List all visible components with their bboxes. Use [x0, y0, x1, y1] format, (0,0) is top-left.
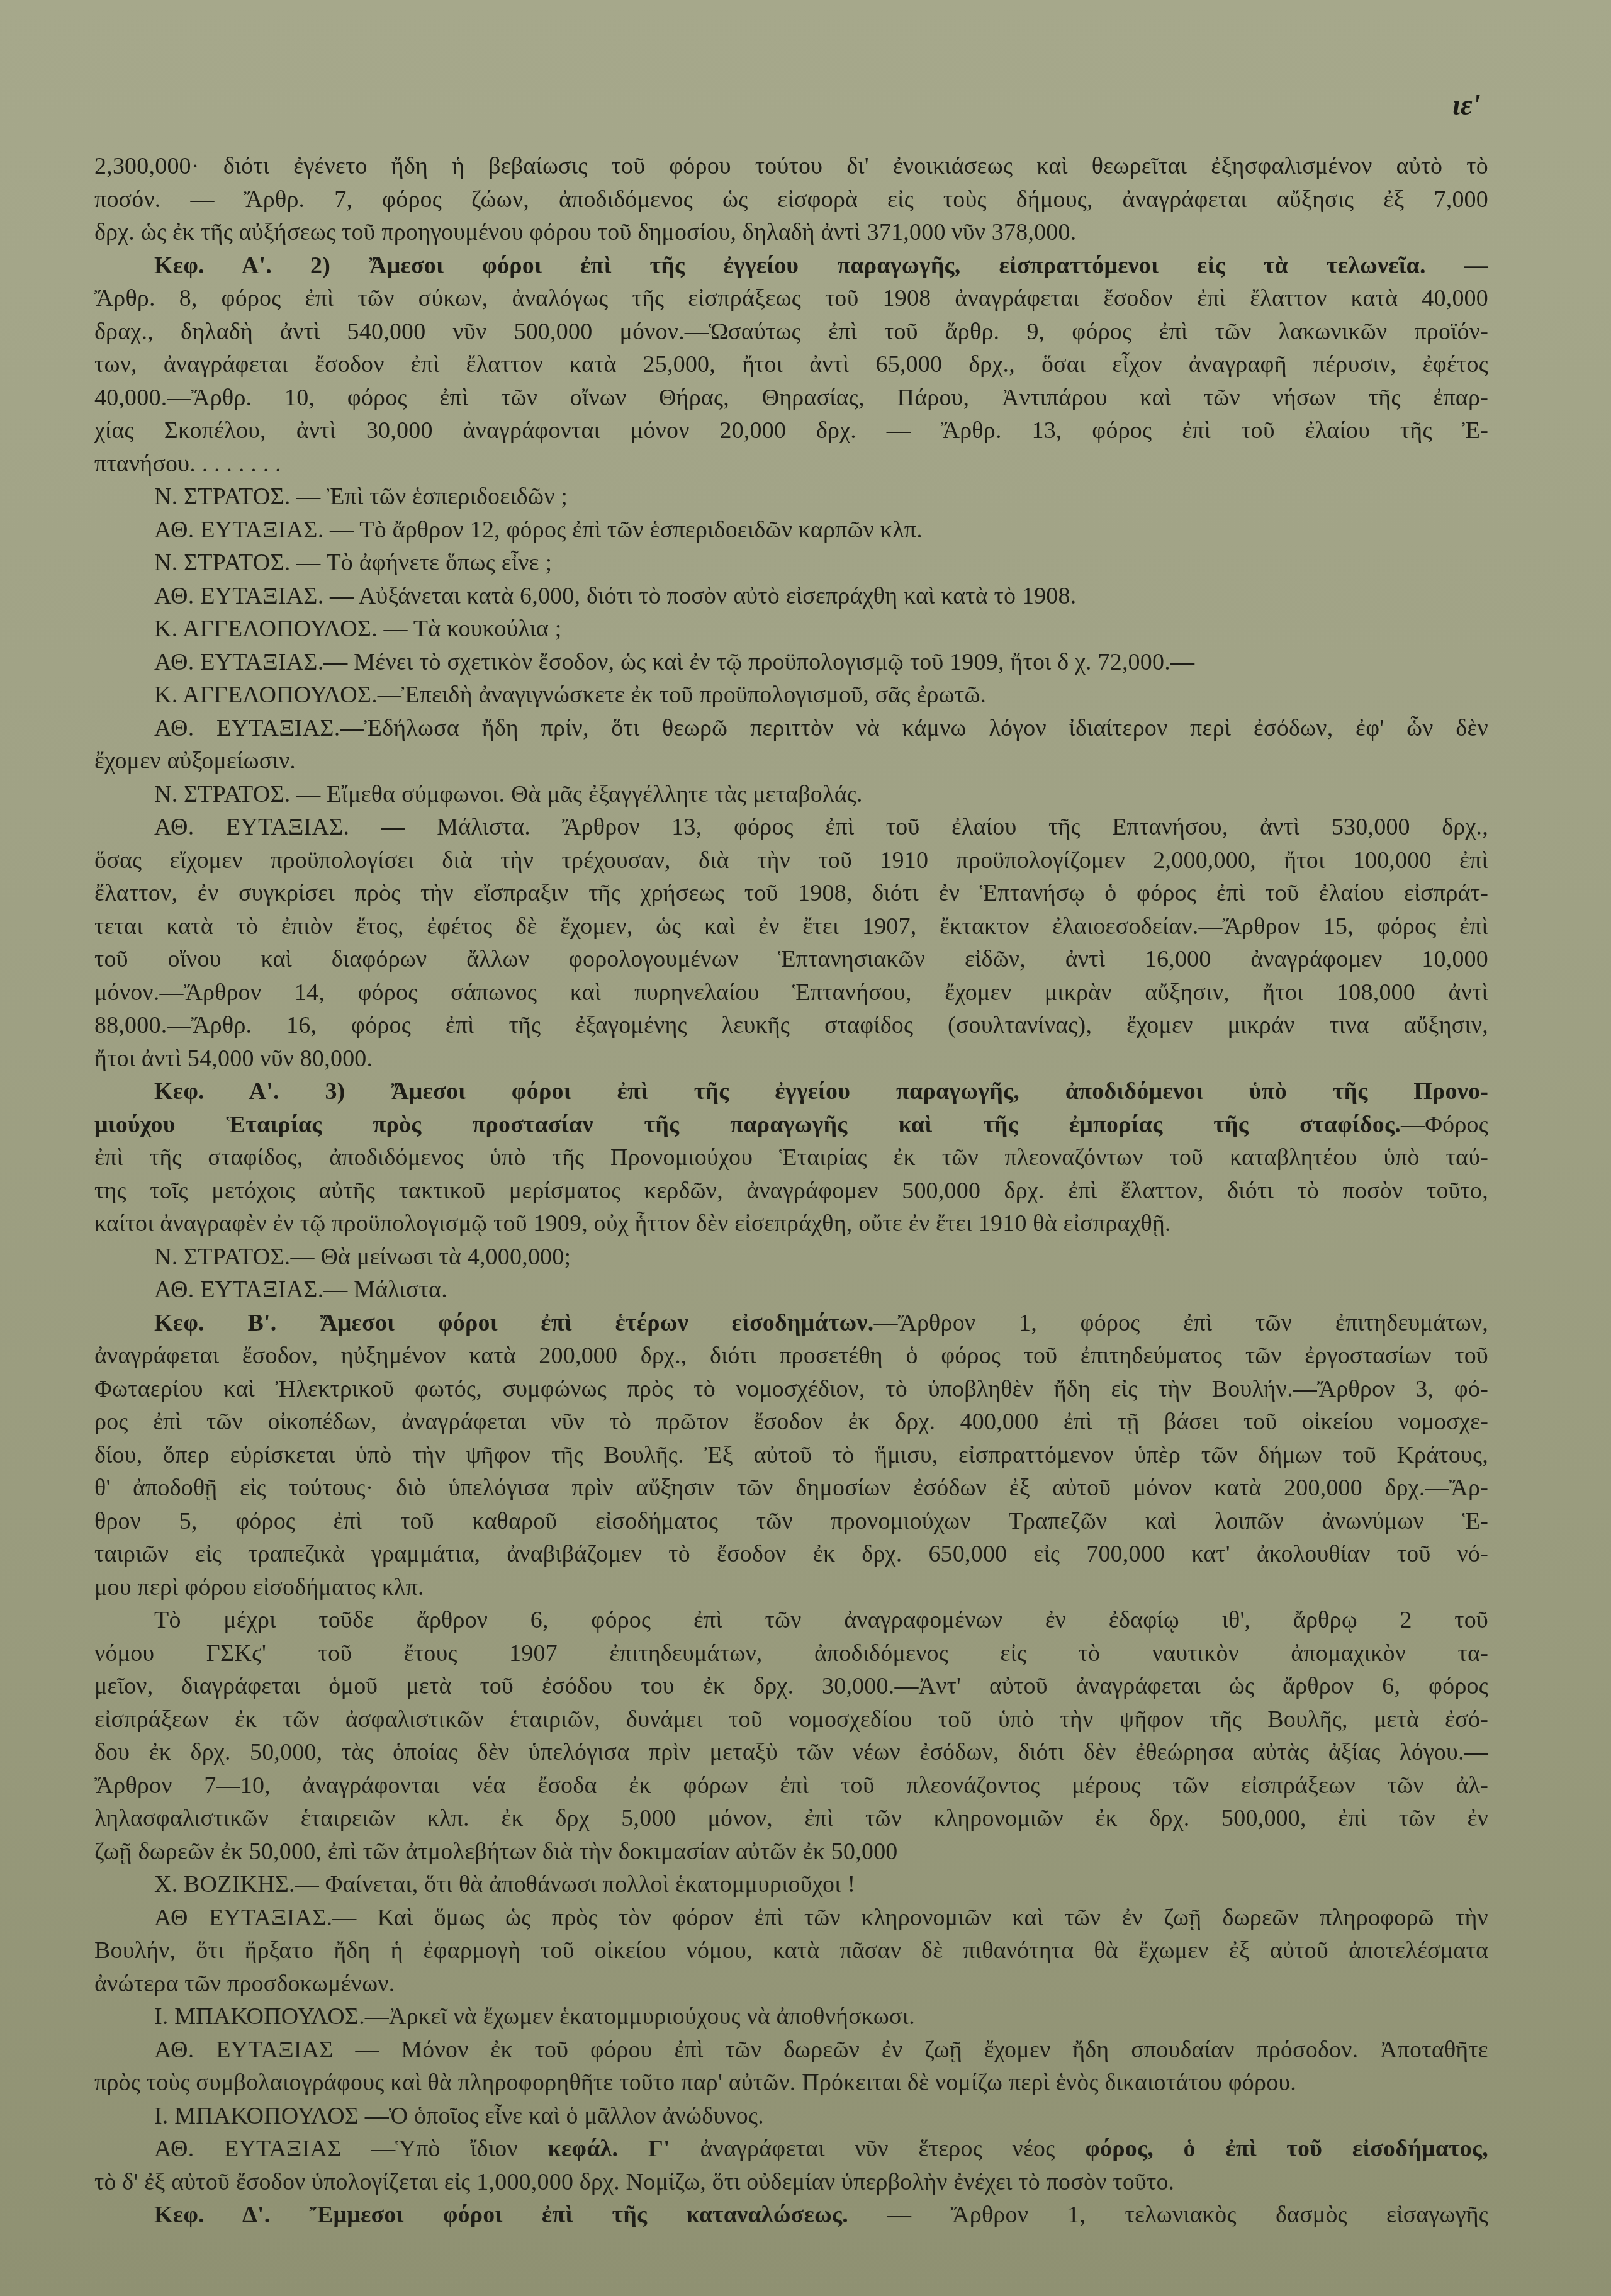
line-text: θρον 5, φόρος ἐπὶ τοῦ καθαροῦ εἰσοδήματο… — [94, 1508, 1488, 1534]
text-line: τοῦ οἴνου καὶ διαφόρων ἄλλων φορολογουμέ… — [94, 943, 1488, 976]
text-line: Ν. ΣΤΡΑΤΟΣ. — Εἴμεθα σύμφωνοι. Θὰ μᾶς ἐξ… — [94, 778, 1488, 811]
text-line: ἔλαττον, ἐν συγκρίσει πρὸς τὴν εἴσπραξιν… — [94, 877, 1488, 910]
text-line: των, ἀναγράφεται ἔσοδον ἐπὶ ἔλαττον κατὰ… — [94, 348, 1488, 381]
page-number: ιε' — [1452, 88, 1480, 121]
line-text: Ν. ΣΤΡΑΤΟΣ. — Εἴμεθα σύμφωνοι. Θὰ μᾶς ἐξ… — [154, 781, 863, 808]
text-line: δρχ. ὡς ἐκ τῆς αὐξήσεως τοῦ προηγουμένου… — [94, 216, 1488, 249]
text-line: Φωταερίου καὶ Ἠλεκτρικοῦ φωτός, συμφώνως… — [94, 1373, 1488, 1406]
line-text: Χ. ΒΟΖΙΚΗΣ.— Φαίνεται, ὅτι θὰ ἀποθάνωσι … — [154, 1871, 855, 1898]
line-text: Ι. ΜΠΑΚΟΠΟΥΛΟΣ —Ὁ ὁποῖος εἶνε καὶ ὁ μᾶλλ… — [154, 2103, 764, 2129]
section-heading-line: μιούχου Ἑταιρίας πρὸς προστασίαν τῆς παρ… — [94, 1108, 1488, 1142]
text-line: Κ. ΑΓΓΕΛΟΠΟΥΛΟΣ.—Ἐπειδὴ ἀναγιγνώσκετε ἐκ… — [94, 678, 1488, 712]
line-text: Κ. ΑΓΓΕΛΟΠΟΥΛΟΣ. — Τὰ κουκούλια ; — [154, 616, 562, 642]
line-text: τὸ δ' ἐξ αὐτοῦ ἔσοδον ὑπολογίζεται εἰς 1… — [94, 2169, 1174, 2195]
text-line: θ' ἀποδοθῇ εἰς τούτους· διὸ ὑπελόγισα πρ… — [94, 1472, 1488, 1505]
text-line: Ν. ΣΤΡΑΤΟΣ. — Τὸ ἀφήνετε ὅπως εἶνε ; — [94, 546, 1488, 580]
line-text: 88,000.—Ἄρθρ. 16, φόρος ἐπὶ τῆς ἐξαγομέν… — [94, 1012, 1488, 1038]
line-text: 2,300,000· διότι ἐγένετο ἤδη ἡ βεβαίωσις… — [94, 153, 1488, 179]
line-text: Ἄρθρ. 8, φόρος ἐπὶ τῶν σύκων, ἀναλόγως τ… — [94, 285, 1488, 312]
text-line: χίας Σκοπέλου, ἀντὶ 30,000 ἀναγράφονται … — [94, 414, 1488, 447]
text-line: Χ. ΒΟΖΙΚΗΣ.— Φαίνεται, ὅτι θὰ ἀποθάνωσι … — [94, 1868, 1488, 1901]
line-text: ΑΘ. ΕΥΤΑΞΙΑΣ. — Αὐξάνεται κατὰ 6,000, δι… — [154, 583, 1076, 609]
line-text: ΑΘ. ΕΥΤΑΞΙΑΣ. — Τὸ ἄρθρον 12, φόρος ἐπὶ … — [154, 517, 923, 543]
text-line: πτανήσου. . . . . . . . — [94, 447, 1488, 481]
line-text: ἀναγράφεται ἔσοδον, ηὐξημένον κατὰ 200,0… — [94, 1342, 1488, 1369]
bold-heading-text: κεφάλ. Γ' — [548, 2136, 670, 2162]
text-line: ἤτοι ἀντὶ 54,000 νῦν 80,000. — [94, 1042, 1488, 1076]
section-heading-line: Κεφ. Β'. Ἄμεσοι φόροι ἐπὶ ἑτέρων εἰσοδημ… — [94, 1307, 1488, 1340]
line-text: τεται κατὰ τὸ ἐπιὸν ἔτος, ἐφέτος δὲ ἔχομ… — [94, 913, 1488, 940]
line-text: Ν. ΣΤΡΑΤΟΣ.— Θὰ μείνωσι τὰ 4,000,000; — [154, 1244, 571, 1270]
line-text: — Ἄρθρον 1, τελωνιακὸς δασμὸς εἰσαγωγῆς — [848, 2202, 1488, 2228]
bold-heading-text: Κεφ. Δ'. Ἔμμεσοι φόροι ἐπὶ τῆς καταναλώσ… — [154, 2202, 848, 2228]
bold-heading-text: μιούχου Ἑταιρίας πρὸς προστασίαν τῆς παρ… — [94, 1111, 1401, 1138]
text-line: Ἄρθρον 7—10, ἀναγράφονται νέα ἔσοδα ἐκ φ… — [94, 1769, 1488, 1803]
text-line: Ἄρθρ. 8, φόρος ἐπὶ τῶν σύκων, ἀναλόγως τ… — [94, 282, 1488, 315]
text-line: ΑΘ. ΕΥΤΑΞΙΑΣ — Μόνον ἐκ τοῦ φόρου ἐπὶ τῶ… — [94, 2034, 1488, 2067]
text-line: ἔχομεν αὐξομείωσιν. — [94, 745, 1488, 778]
line-text: Βουλήν, ὅτι ἤρξατο ἤδη ἡ ἐφαρμογὴ τοῦ οἰ… — [94, 1937, 1488, 1964]
text-line: ΑΘ. ΕΥΤΑΞΙΑΣ.— Μάλιστα. — [94, 1273, 1488, 1307]
line-text: ΑΘ. ΕΥΤΑΞΙΑΣ.— Μένει τὸ σχετικὸν ἔσοδον,… — [154, 649, 1194, 675]
document-body: 2,300,000· διότι ἐγένετο ἤδη ἡ βεβαίωσις… — [94, 150, 1488, 2232]
line-text: ἤτοι ἀντὶ 54,000 νῦν 80,000. — [94, 1045, 373, 1072]
section-heading-line: ΑΘ. ΕΥΤΑΞΙΑΣ —Ὑπὸ ἴδιον κεφάλ. Γ' ἀναγρά… — [94, 2132, 1488, 2166]
line-text: καίτοι ἀναγραφὲν ἐν τῷ προϋπολογισμῷ τοῦ… — [94, 1210, 1171, 1237]
text-line: δραχ., δηλαδὴ ἀντὶ 540,000 νῦν 500,000 μ… — [94, 315, 1488, 349]
line-text: πρὸς τοὺς συμβολαιογράφους καὶ θὰ πληροφ… — [94, 2069, 1296, 2096]
line-text: ποσόν. — Ἄρθρ. 7, φόρος ζώων, ἀποδιδόμεν… — [94, 186, 1488, 213]
text-line: δίου, ὅπερ εὑρίσκεται ὑπὸ τὴν ψῆφον τῆς … — [94, 1439, 1488, 1472]
line-text: ὅσας εἴχομεν προϋπολογίσει διὰ τὴν τρέχο… — [94, 847, 1488, 874]
line-text: Κ. ΑΓΓΕΛΟΠΟΥΛΟΣ.—Ἐπειδὴ ἀναγιγνώσκετε ἐκ… — [154, 682, 986, 708]
line-text: Φωταερίου καὶ Ἠλεκτρικοῦ φωτός, συμφώνως… — [94, 1376, 1488, 1402]
text-line: πρὸς τοὺς συμβολαιογράφους καὶ θὰ πληροφ… — [94, 2066, 1488, 2100]
text-line: ΑΘ. ΕΥΤΑΞΙΑΣ.—Ἐδήλωσα ἤδη πρίν, ὅτι θεωρ… — [94, 712, 1488, 745]
section-heading-line: Κεφ. Α'. 2) Ἄμεσοι φόροι ἐπὶ τῆς ἐγγείου… — [94, 249, 1488, 283]
text-line: ἀνώτερα τῶν προσδοκωμένων. — [94, 1967, 1488, 2001]
line-text: 40,000.—Ἄρθρ. 10, φόρος ἐπὶ τῶν οἴνων Θή… — [94, 385, 1488, 411]
line-text: Ν. ΣΤΡΑΤΟΣ. — Ἐπὶ τῶν ἑσπεριδοειδῶν ; — [154, 483, 568, 510]
line-text: δου ἐκ δρχ. 50,000, τὰς ὁποίας δὲν ὑπελό… — [94, 1739, 1488, 1765]
line-text: μεῖον, διαγράφεται ὁμοῦ μετὰ τοῦ ἐσόδου … — [94, 1673, 1488, 1699]
line-text: ἀναγράφεται νῦν ἕτερος νέος — [670, 2136, 1085, 2162]
text-line: εἰσπράξεων ἐκ τῶν ἀσφαλιστικῶν ἑταιριῶν,… — [94, 1703, 1488, 1736]
text-line: 2,300,000· διότι ἐγένετο ἤδη ἡ βεβαίωσις… — [94, 150, 1488, 183]
text-line: ληλασφαλιστικῶν ἑταιρειῶν κλπ. ἐκ δρχ 5,… — [94, 1802, 1488, 1835]
text-line: μόνον.—Ἄρθρον 14, φόρος σάπωνος καὶ πυρη… — [94, 976, 1488, 1010]
text-line: Ν. ΣΤΡΑΤΟΣ. — Ἐπὶ τῶν ἑσπεριδοειδῶν ; — [94, 480, 1488, 514]
text-line: μου περὶ φόρου εἰσοδήματος κλπ. — [94, 1571, 1488, 1604]
section-heading-line: Κεφ. Α'. 3) Ἄμεσοι φόροι ἐπὶ τῆς ἐγγείου… — [94, 1075, 1488, 1108]
text-line: ΑΘ. ΕΥΤΑΞΙΑΣ. — Μάλιστα. Ἄρθρον 13, φόρο… — [94, 811, 1488, 844]
text-line: ὅσας εἴχομεν προϋπολογίσει διὰ τὴν τρέχο… — [94, 844, 1488, 877]
line-text: μόνον.—Ἄρθρον 14, φόρος σάπωνος καὶ πυρη… — [94, 979, 1488, 1006]
bold-heading-text: Κεφ. Β'. Ἄμεσοι φόροι ἐπὶ ἑτέρων εἰσοδημ… — [154, 1310, 873, 1336]
line-text: ΑΘ. ΕΥΤΑΞΙΑΣ — Μόνον ἐκ τοῦ φόρου ἐπὶ τῶ… — [154, 2037, 1488, 2063]
text-line: ΑΘ ΕΥΤΑΞΙΑΣ.— Καὶ ὅμως ὡς πρὸς τὸν φόρον… — [94, 1901, 1488, 1935]
line-text: ἐπὶ τῆς σταφίδος, ἀποδιδόμενος ὑπὸ τῆς Π… — [94, 1144, 1488, 1171]
line-text: ΑΘ. ΕΥΤΑΞΙΑΣ —Ὑπὸ ἴδιον — [154, 2136, 548, 2162]
line-text: πτανήσου. . . . . . . . — [94, 451, 281, 477]
text-line: ΑΘ. ΕΥΤΑΞΙΑΣ. — Αὐξάνεται κατὰ 6,000, δι… — [94, 580, 1488, 613]
line-text: εἰσπράξεων ἐκ τῶν ἀσφαλιστικῶν ἑταιριῶν,… — [94, 1706, 1488, 1733]
text-line: Βουλήν, ὅτι ἤρξατο ἤδη ἡ ἐφαρμογὴ τοῦ οἰ… — [94, 1934, 1488, 1967]
text-line: ρος ἐπὶ τῶν οἰκοπέδων, ἀναγράφεται νῦν τ… — [94, 1405, 1488, 1439]
line-text: τοῦ οἴνου καὶ διαφόρων ἄλλων φορολογουμέ… — [94, 946, 1488, 972]
text-line: τὸ δ' ἐξ αὐτοῦ ἔσοδον ὑπολογίζεται εἰς 1… — [94, 2166, 1488, 2199]
line-text: ΑΘ. ΕΥΤΑΞΙΑΣ.—Ἐδήλωσα ἤδη πρίν, ὅτι θεωρ… — [154, 715, 1488, 741]
text-line: δου ἐκ δρχ. 50,000, τὰς ὁποίας δὲν ὑπελό… — [94, 1736, 1488, 1769]
text-line: μεῖον, διαγράφεται ὁμοῦ μετὰ τοῦ ἐσόδου … — [94, 1670, 1488, 1703]
bold-heading-text: Κεφ. Α'. 2) Ἄμεσοι φόροι ἐπὶ τῆς ἐγγείου… — [154, 252, 1488, 279]
line-text: ΑΘ. ΕΥΤΑΞΙΑΣ. — Μάλιστα. Ἄρθρον 13, φόρο… — [154, 814, 1488, 840]
line-text: ληλασφαλιστικῶν ἑταιρειῶν κλπ. ἐκ δρχ 5,… — [94, 1805, 1488, 1832]
line-text: ΑΘ ΕΥΤΑΞΙΑΣ.— Καὶ ὅμως ὡς πρὸς τὸν φόρον… — [154, 1905, 1488, 1931]
line-text: Ἄρθρον 7—10, ἀναγράφονται νέα ἔσοδα ἐκ φ… — [94, 1772, 1488, 1799]
text-line: τεται κατὰ τὸ ἐπιὸν ἔτος, ἐφέτος δὲ ἔχομ… — [94, 910, 1488, 943]
text-line: Ι. ΜΠΑΚΟΠΟΥΛΟΣ —Ὁ ὁποῖος εἶνε καὶ ὁ μᾶλλ… — [94, 2100, 1488, 2133]
text-line: ἀναγράφεται ἔσοδον, ηὐξημένον κατὰ 200,0… — [94, 1339, 1488, 1373]
line-text: δρχ. ὡς ἐκ τῆς αὐξήσεως τοῦ προηγουμένου… — [94, 219, 1076, 245]
text-line: ΑΘ. ΕΥΤΑΞΙΑΣ.— Μένει τὸ σχετικὸν ἔσοδον,… — [94, 646, 1488, 679]
line-text: ἔλαττον, ἐν συγκρίσει πρὸς τὴν εἴσπραξιν… — [94, 880, 1488, 906]
line-text: ἔχομεν αὐξομείωσιν. — [94, 748, 296, 774]
line-text: χίας Σκοπέλου, ἀντὶ 30,000 ἀναγράφονται … — [94, 417, 1488, 444]
section-heading-line: Κεφ. Δ'. Ἔμμεσοι φόροι ἐπὶ τῆς καταναλώσ… — [94, 2198, 1488, 2232]
line-text: ἀνώτερα τῶν προσδοκωμένων. — [94, 1971, 395, 1997]
line-text: των, ἀναγράφεται ἔσοδον ἐπὶ ἔλαττον κατὰ… — [94, 351, 1488, 378]
line-text: ταιριῶν εἰς τραπεζικὰ γραμμάτια, ἀναβιβά… — [94, 1541, 1488, 1567]
text-line: νόμου ΓΣΚϛ' τοῦ ἔτους 1907 ἐπιτηδευμάτων… — [94, 1637, 1488, 1670]
text-line: θρον 5, φόρος ἐπὶ τοῦ καθαροῦ εἰσοδήματο… — [94, 1505, 1488, 1538]
line-text: Ι. ΜΠΑΚΟΠΟΥΛΟΣ.—Ἀρκεῖ νὰ ἔχωμεν ἑκατομμυ… — [154, 2003, 915, 2030]
line-text: μου περὶ φόρου εἰσοδήματος κλπ. — [94, 1574, 424, 1601]
line-text: ρος ἐπὶ τῶν οἰκοπέδων, ἀναγράφεται νῦν τ… — [94, 1409, 1488, 1435]
line-text: δίου, ὅπερ εὑρίσκεται ὑπὸ τὴν ψῆφον τῆς … — [94, 1442, 1488, 1468]
line-text: Τὸ μέχρι τοῦδε ἄρθρον 6, φόρος ἐπὶ τῶν ἀ… — [154, 1607, 1488, 1633]
text-line: ποσόν. — Ἄρθρ. 7, φόρος ζώων, ἀποδιδόμεν… — [94, 183, 1488, 217]
text-line: 40,000.—Ἄρθρ. 10, φόρος ἐπὶ τῶν οἴνων Θή… — [94, 381, 1488, 415]
line-text: —Φόρος — [1401, 1111, 1488, 1138]
line-text: ζωῇ δωρεῶν ἐκ 50,000, ἐπὶ τῶν ἀτμολεβήτω… — [94, 1838, 898, 1865]
bold-heading-text: φόρος, ὁ ἐπὶ τοῦ εἰσοδήματος, — [1085, 2136, 1488, 2162]
text-line: Ι. ΜΠΑΚΟΠΟΥΛΟΣ.—Ἀρκεῖ νὰ ἔχωμεν ἑκατομμυ… — [94, 2000, 1488, 2034]
line-text: της τοῖς μετόχοις αὐτῆς τακτικοῦ μερίσμα… — [94, 1178, 1488, 1204]
line-text: νόμου ΓΣΚϛ' τοῦ ἔτους 1907 ἐπιτηδευμάτων… — [94, 1640, 1488, 1667]
text-line: Κ. ΑΓΓΕΛΟΠΟΥΛΟΣ. — Τὰ κουκούλια ; — [94, 612, 1488, 646]
text-line: καίτοι ἀναγραφὲν ἐν τῷ προϋπολογισμῷ τοῦ… — [94, 1207, 1488, 1241]
line-text: Ν. ΣΤΡΑΤΟΣ. — Τὸ ἀφήνετε ὅπως εἶνε ; — [154, 549, 552, 576]
text-line: 88,000.—Ἄρθρ. 16, φόρος ἐπὶ τῆς ἐξαγομέν… — [94, 1009, 1488, 1042]
text-line: ἐπὶ τῆς σταφίδος, ἀποδιδόμενος ὑπὸ τῆς Π… — [94, 1141, 1488, 1174]
text-line: Τὸ μέχρι τοῦδε ἄρθρον 6, φόρος ἐπὶ τῶν ἀ… — [94, 1604, 1488, 1637]
line-text: δραχ., δηλαδὴ ἀντὶ 540,000 νῦν 500,000 μ… — [94, 318, 1488, 345]
bold-heading-text: Κεφ. Α'. 3) Ἄμεσοι φόροι ἐπὶ τῆς ἐγγείου… — [154, 1078, 1488, 1105]
text-line: ζωῇ δωρεῶν ἐκ 50,000, ἐπὶ τῶν ἀτμολεβήτω… — [94, 1835, 1488, 1869]
text-line: ΑΘ. ΕΥΤΑΞΙΑΣ. — Τὸ ἄρθρον 12, φόρος ἐπὶ … — [94, 514, 1488, 547]
line-text: θ' ἀποδοθῇ εἰς τούτους· διὸ ὑπελόγισα πρ… — [94, 1475, 1488, 1501]
text-line: ταιριῶν εἰς τραπεζικὰ γραμμάτια, ἀναβιβά… — [94, 1538, 1488, 1571]
line-text: ΑΘ. ΕΥΤΑΞΙΑΣ.— Μάλιστα. — [154, 1276, 447, 1303]
text-line: Ν. ΣΤΡΑΤΟΣ.— Θὰ μείνωσι τὰ 4,000,000; — [94, 1241, 1488, 1274]
text-line: της τοῖς μετόχοις αὐτῆς τακτικοῦ μερίσμα… — [94, 1174, 1488, 1208]
line-text: —Ἄρθρον 1, φόρος ἐπὶ τῶν ἐπιτηδευμάτων, — [873, 1310, 1488, 1336]
